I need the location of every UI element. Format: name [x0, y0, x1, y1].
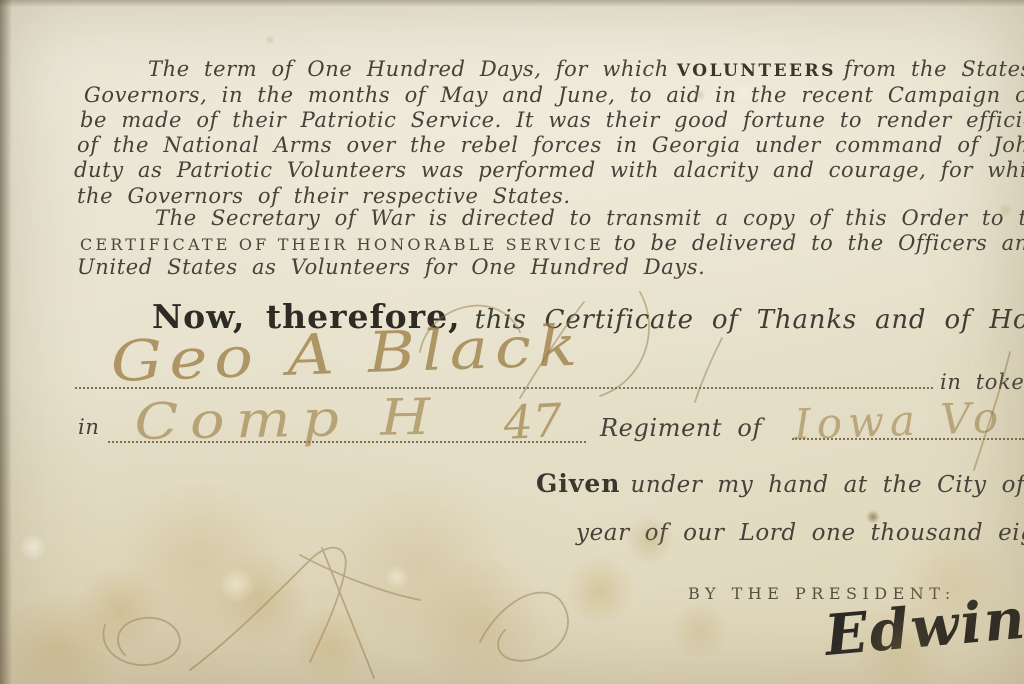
secretary-line-1: The Secretary of War is directed to tran… [155, 206, 1024, 230]
given-line: Givenunder my hand at the City of W [536, 469, 1024, 498]
in-token-label: in toke [940, 370, 1024, 394]
given-line-rest: under my hand at the City of W [630, 472, 1024, 498]
order-line-6: the Governors of their respective States… [77, 184, 571, 208]
regiment-number-handwriting: 47 [502, 393, 563, 450]
secretary-line-2: CERTIFICATE OF THEIR HONORABLE SERVICEto… [80, 231, 1024, 255]
certificate-photo: The term of One Hundred Days, for whichV… [0, 0, 1024, 684]
order-line-1-pre: The term of One Hundred Days, for which [148, 57, 669, 81]
company-entry-handwriting: Comp H [134, 388, 442, 451]
order-line-3: be made of their Patriotic Service. It w… [80, 108, 1024, 132]
volunteers-word: VOLUNTEERS [677, 61, 836, 81]
order-line-1-mid: from the States of [844, 57, 1024, 81]
photo-edge-top [0, 0, 1024, 7]
order-line-2: Governors, in the months of May and June… [84, 83, 1024, 107]
regiment-of-label: Regiment of [600, 414, 762, 442]
given-word: Given [536, 469, 620, 498]
order-line-5: duty as Patriotic Volunteers was perform… [74, 158, 1024, 182]
secretary-line-3: United States as Volunteers for One Hund… [77, 255, 705, 279]
in-label: in [78, 415, 99, 439]
secretary-line-2-rest: to be delivered to the Officers and Sold… [614, 231, 1024, 255]
honorable-service-caps: CERTIFICATE OF THEIR HONORABLE SERVICE [80, 235, 604, 254]
photo-edge-left [0, 0, 12, 684]
regiment-entry-handwriting: Iowa Vo [793, 393, 1005, 449]
order-line-1: The term of One Hundred Days, for whichV… [148, 57, 1024, 81]
year-line: year of our Lord one thousand eight h [576, 520, 1024, 546]
order-line-4: of the National Arms over the rebel forc… [77, 133, 1024, 157]
